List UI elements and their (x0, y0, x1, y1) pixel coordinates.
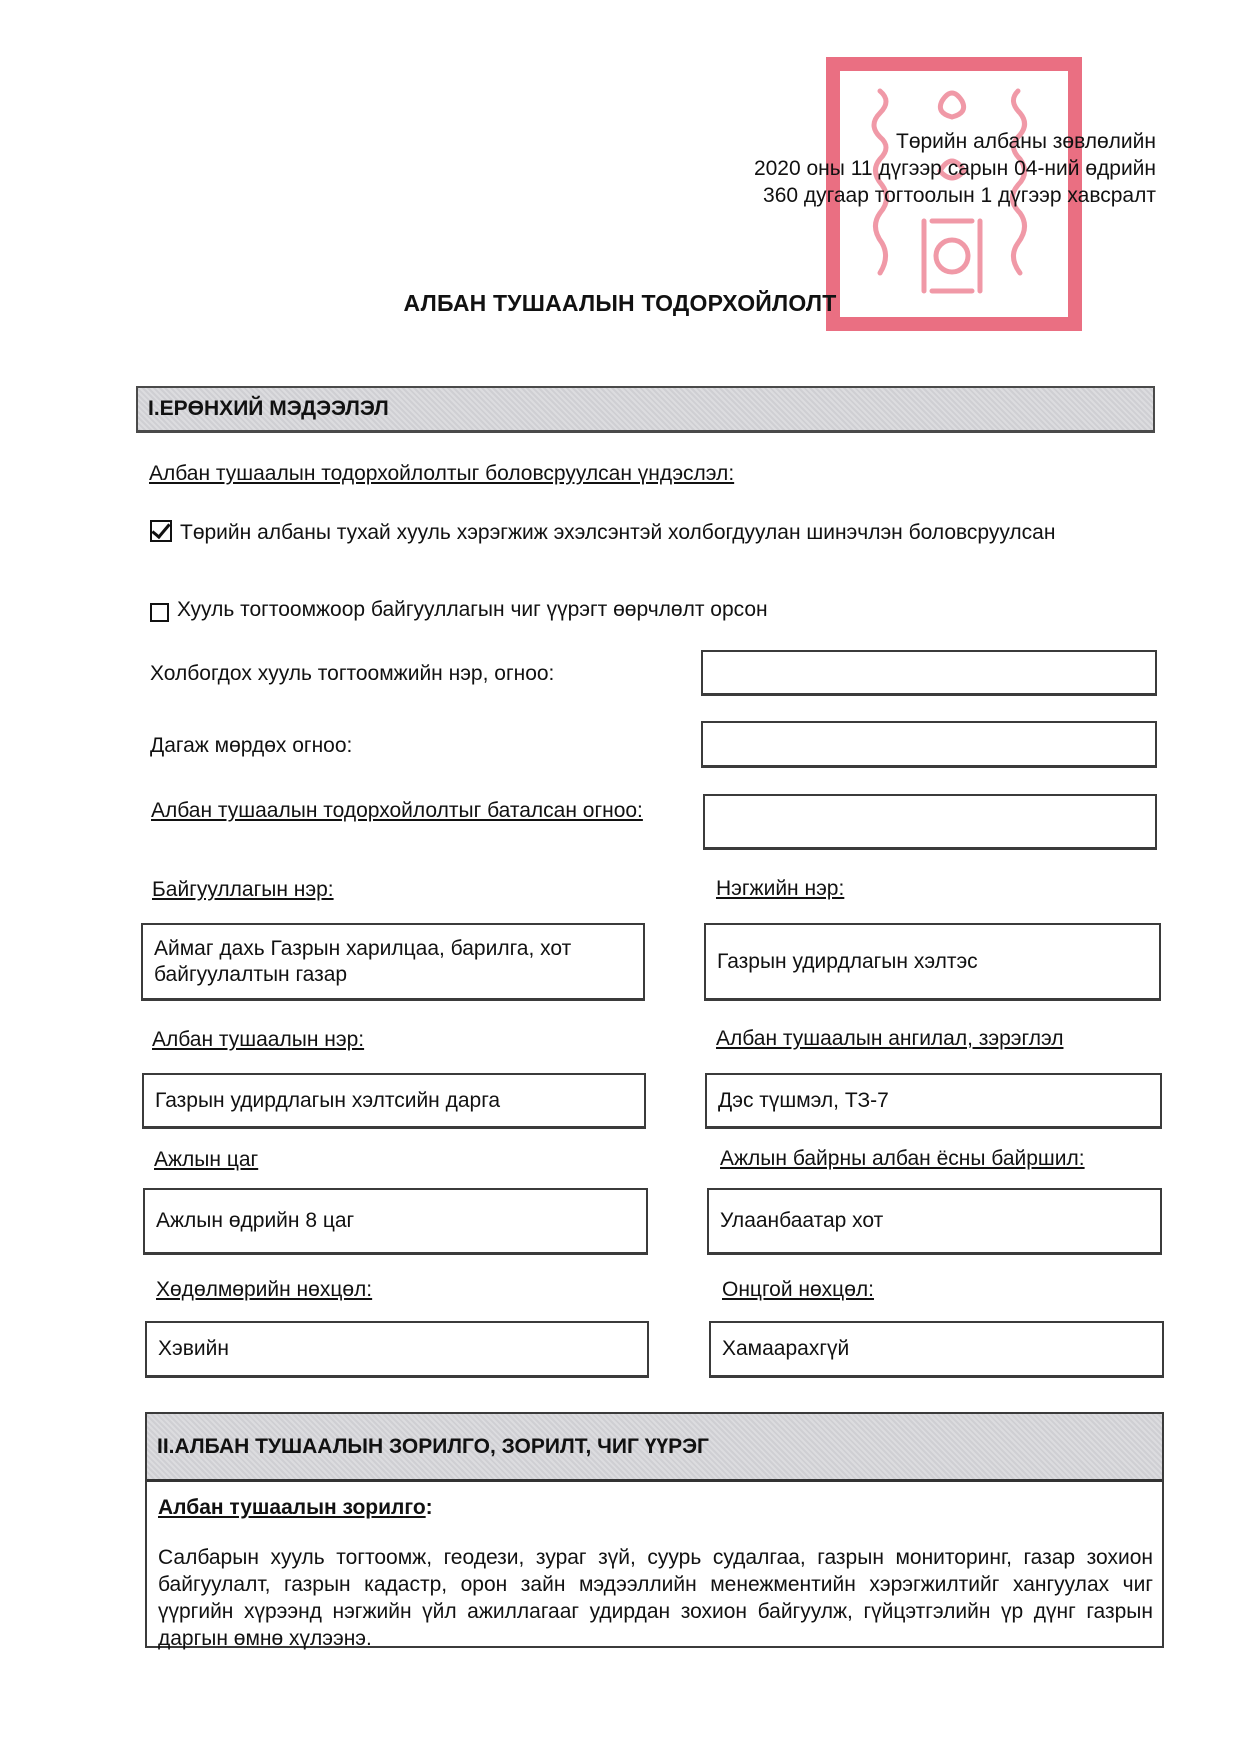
purpose-text: Салбарын хууль тогтоомж, геодези, зураг … (158, 1544, 1153, 1652)
basis-option-law-change[interactable]: Хууль тогтоомжоор байгууллагын чиг үүрэг… (150, 598, 768, 622)
organization-label: Байгууллагын нэр: (152, 878, 334, 902)
working-hours-field[interactable]: Ажлын өдрийн 8 цаг (143, 1188, 648, 1255)
location-label: Ажлын байрны албан ёсны байршил: (720, 1147, 1085, 1171)
annex-line: 2020 оны 11 дүгээр сарын 04-ний өдрийн (754, 155, 1156, 182)
classification-label: Албан тушаалын ангилал, зэрэглэл (716, 1027, 1063, 1051)
checkbox-checked-icon[interactable] (150, 520, 172, 542)
basis-option-renewed[interactable]: Төрийн албаны тухай хууль хэрэгжиж эхэлс… (150, 518, 1140, 547)
location-field[interactable]: Улаанбаатар хот (707, 1188, 1162, 1255)
annex-reference: Төрийн албаны зөвлөлийн 2020 оны 11 дүгэ… (754, 128, 1156, 209)
section-2-header: II.АЛБАН ТУШААЛЫН ЗОРИЛГО, ЗОРИЛТ, ЧИГ Ү… (147, 1414, 1162, 1482)
effective-date-field[interactable] (701, 721, 1157, 768)
basis-option-label: Төрийн албаны тухай хууль хэрэгжиж эхэлс… (180, 518, 1140, 547)
section-2-box: II.АЛБАН ТУШААЛЫН ЗОРИЛГО, ЗОРИЛТ, ЧИГ Ү… (145, 1412, 1164, 1648)
approved-date-label: Албан тушаалын тодорхойлолтыг баталсан о… (151, 797, 690, 824)
related-law-label: Холбогдох хууль тогтоомжийн нэр, огноо: (150, 662, 554, 686)
organization-value: Аймаг дахь Газрын харилцаа, барилга, хот… (154, 936, 594, 988)
approved-date-field[interactable] (703, 794, 1157, 850)
position-field[interactable]: Газрын удирдлагын хэлтсийн дарга (142, 1073, 646, 1129)
section-1-header: I.ЕРӨНХИЙ МЭДЭЭЛЭЛ (136, 386, 1155, 433)
annex-line: Төрийн албаны зөвлөлийн (754, 128, 1156, 155)
work-conditions-field[interactable]: Хэвийн (145, 1321, 649, 1378)
document-title: АЛБАН ТУШААЛЫН ТОДОРХОЙЛОЛТ (0, 290, 1240, 317)
organization-field[interactable]: Аймаг дахь Газрын харилцаа, барилга, хот… (141, 923, 645, 1001)
working-hours-label: Ажлын цаг (154, 1148, 258, 1172)
effective-date-label: Дагаж мөрдөх огноо: (150, 734, 352, 758)
classification-field[interactable]: Дэс түшмэл, ТЗ-7 (705, 1073, 1162, 1129)
special-conditions-field[interactable]: Хамаарахгүй (709, 1321, 1164, 1378)
unit-field[interactable]: Газрын удирдлагын хэлтэс (704, 923, 1161, 1001)
checkbox-empty-icon[interactable] (150, 603, 169, 622)
basis-label: Албан тушаалын тодорхойлолтыг боловсруул… (149, 462, 734, 486)
purpose-label: Албан тушаалын зорилго: (158, 1496, 433, 1520)
work-conditions-label: Хөдөлмөрийн нөхцөл: (156, 1278, 372, 1302)
position-label: Албан тушаалын нэр: (152, 1028, 364, 1052)
related-law-field[interactable] (701, 650, 1157, 696)
unit-label: Нэгжийн нэр: (716, 877, 844, 901)
special-conditions-label: Онцгой нөхцөл: (722, 1278, 874, 1302)
basis-option-label: Хууль тогтоомжоор байгууллагын чиг үүрэг… (177, 598, 768, 622)
annex-line: 360 дугаар тогтоолын 1 дүгээр хавсралт (754, 182, 1156, 209)
